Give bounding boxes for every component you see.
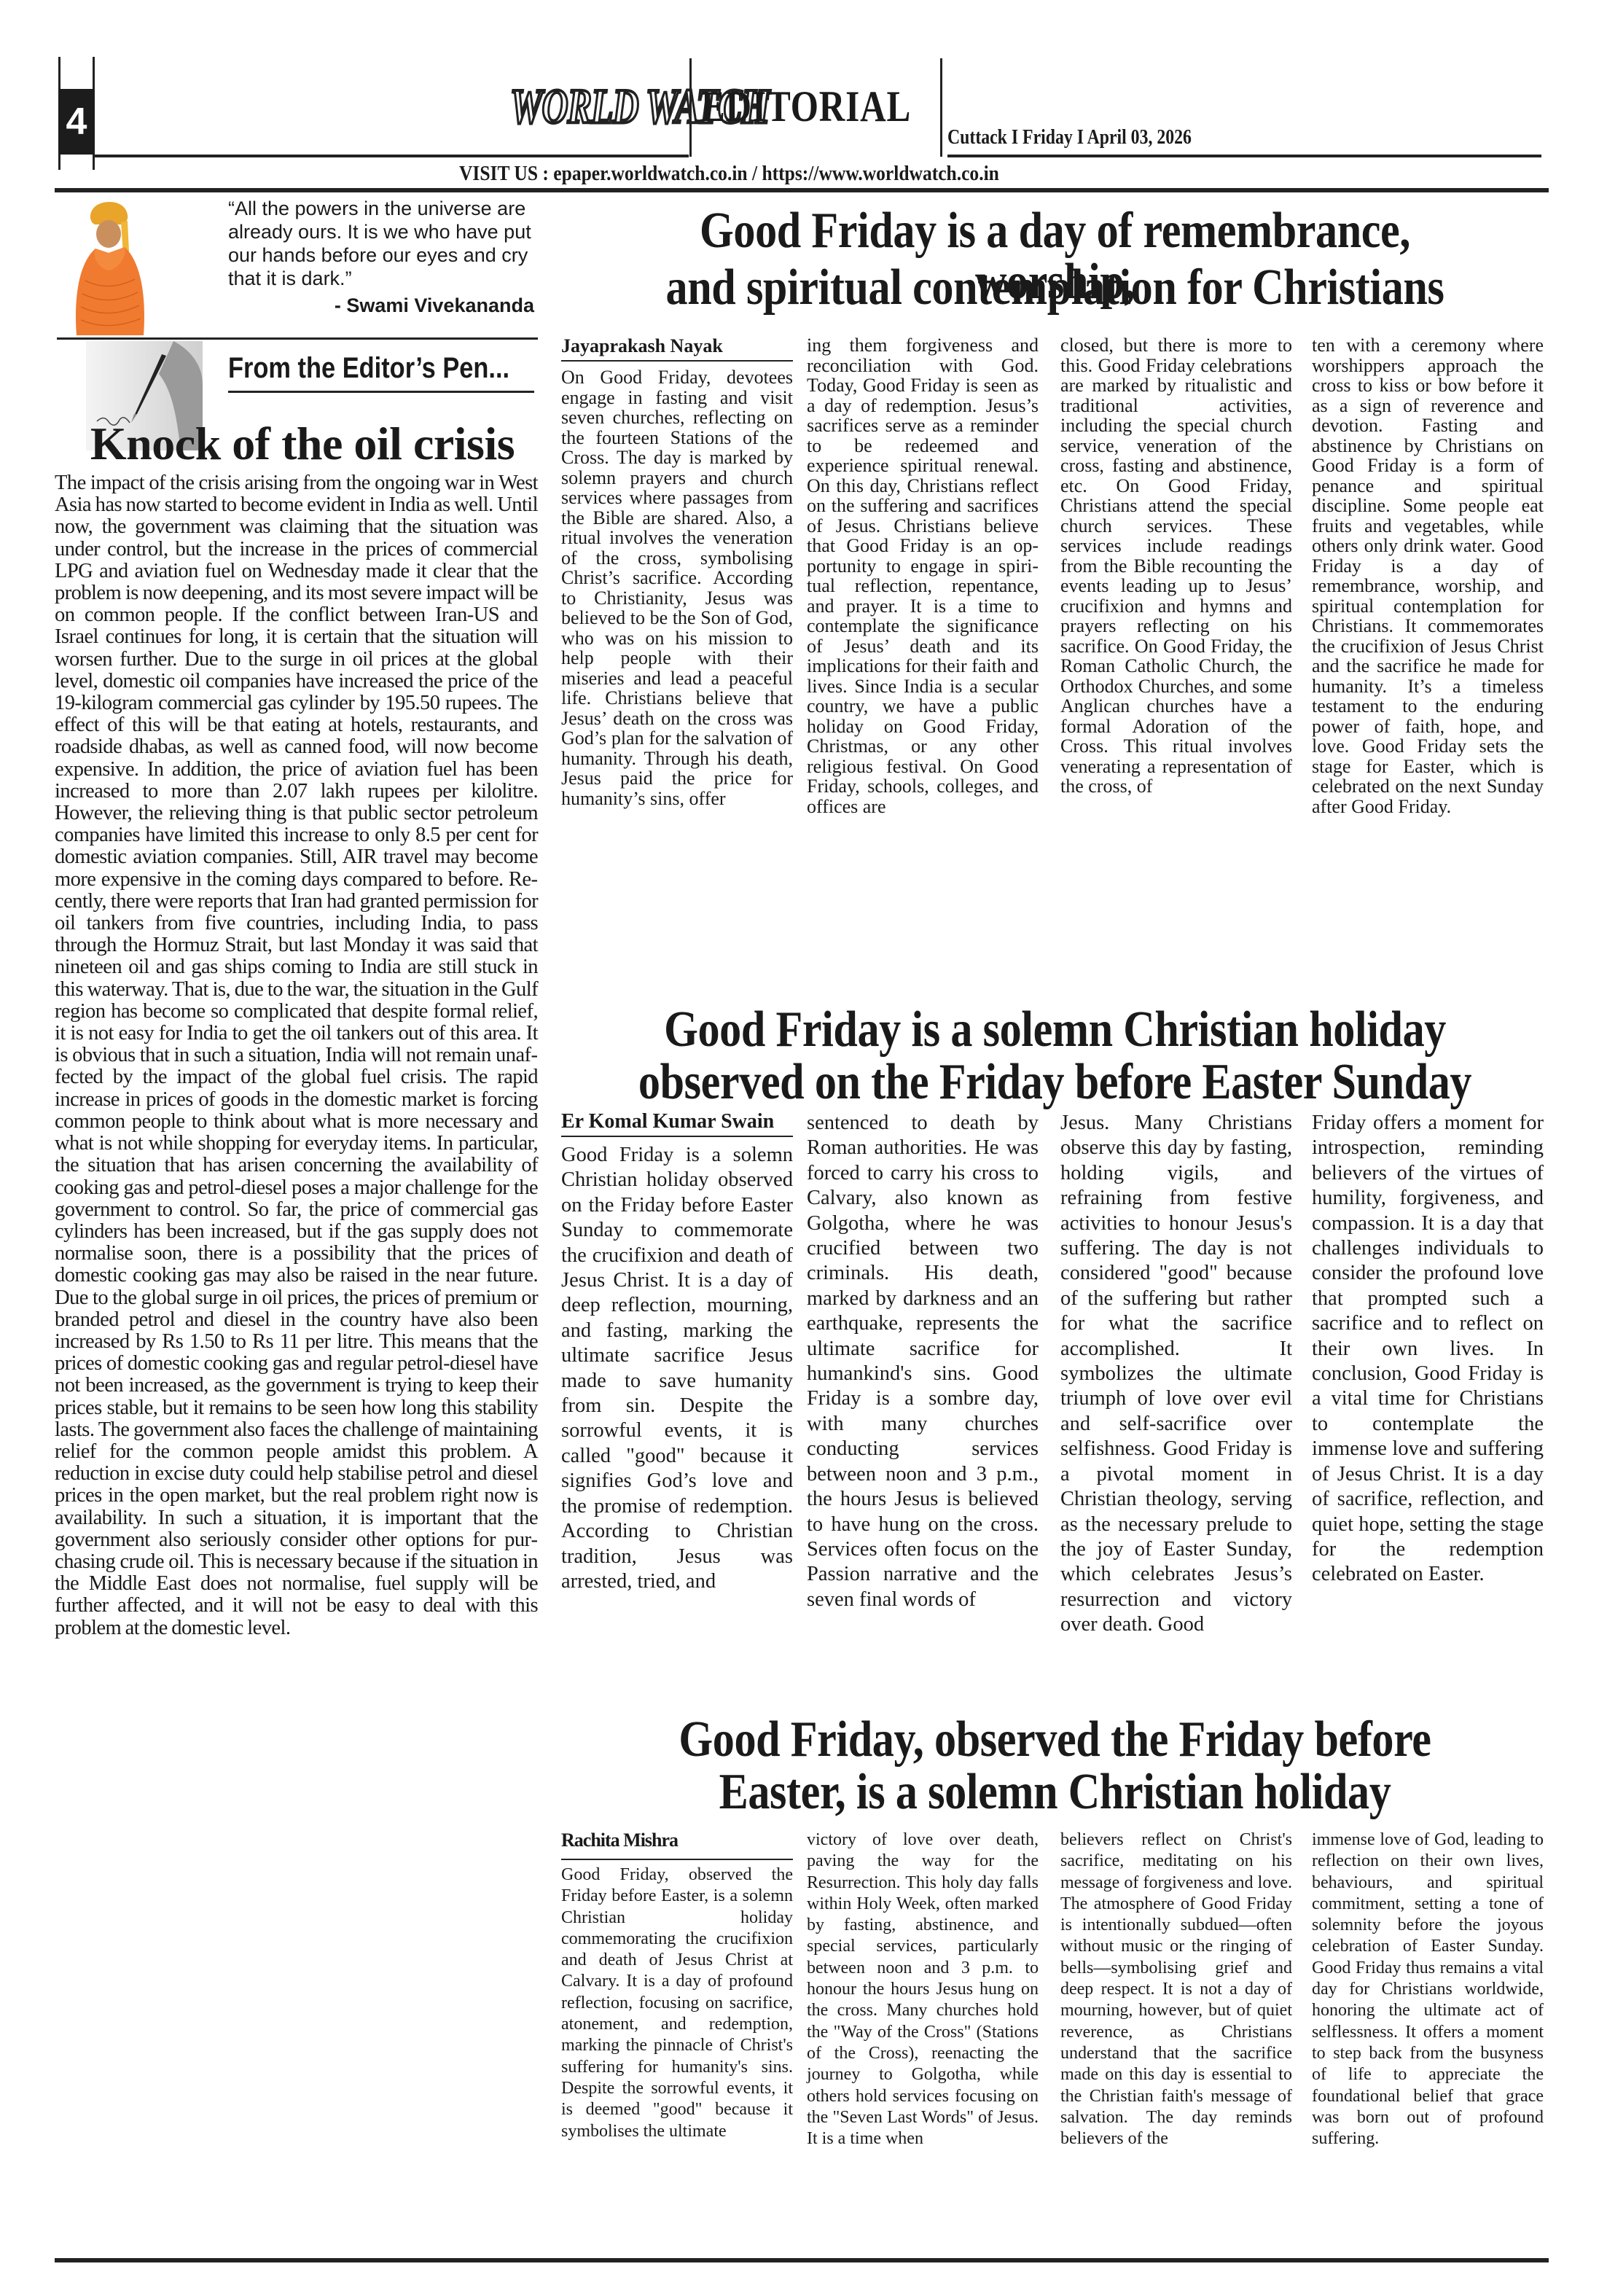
- footer-rule: [55, 2258, 1549, 2262]
- logo-divider: [689, 58, 692, 157]
- article-1-byline: Jayaprakash Nayak: [561, 335, 793, 362]
- article-2-byline: Er Komal Kumar Swain: [561, 1111, 793, 1137]
- logo-wordmark: World Watch: [510, 82, 689, 131]
- article-1-column-2: ing them forgiveness and reconciliation …: [807, 335, 1039, 816]
- article-3-headline-line-2: Easter, is a solemn Christian holiday: [627, 1767, 1483, 1818]
- article-2-column-3: Jesus. Many Christians observe this day …: [1060, 1111, 1292, 1638]
- article-2-headline-line-2: observed on the Friday before Easter Sun…: [627, 1057, 1483, 1108]
- editorial-body: The impact of the crisis arising from th…: [55, 472, 538, 1639]
- article-1-column-1: Jayaprakash Nayak On Good Friday, devote…: [561, 335, 793, 808]
- quote-bottom-rule: [57, 337, 538, 340]
- article-2-text-2: sentenced to death by Roman authorities.…: [807, 1111, 1039, 1612]
- editors-pen-label: From the Editor’s Pen...: [228, 351, 491, 385]
- article-2-headline-line-1: Good Friday is a solemn Christian holida…: [627, 1004, 1483, 1055]
- article-3-column-2: victory of love over death, paving the w…: [807, 1830, 1039, 2149]
- article-1-text-1: On Good Friday, devotees engage in fasti…: [561, 367, 793, 808]
- quote-text: “All the powers in the universe are alre…: [228, 197, 541, 290]
- dateline: Cuttack I Friday I April 03, 2026: [947, 125, 1192, 149]
- article-3-column-3: believers reflect on Christ's sacrifice,…: [1060, 1830, 1292, 2149]
- article-2-text-4: Friday offers a moment for introspection…: [1312, 1111, 1544, 1588]
- article-1-text-2: ing them forgiveness and reconciliation …: [807, 335, 1039, 816]
- article-3-byline: Rachita Mishra: [561, 1830, 793, 1860]
- article-1-text-3: closed, but there is more to this. Good …: [1060, 335, 1292, 797]
- header-rule-left: [95, 155, 689, 157]
- article-2-column-1: Er Komal Kumar Swain Good Friday is a so…: [561, 1111, 793, 1594]
- article-1-headline-line-2: and spiritual contemplation for Christia…: [627, 262, 1483, 313]
- article-1-column-3: closed, but there is more to this. Good …: [1060, 335, 1292, 797]
- article-2-text-1: Good Friday is a solemn Christian holida…: [561, 1143, 793, 1594]
- article-3-text-4: immense love of God, leading to reflecti…: [1312, 1830, 1544, 2149]
- page-number: 4: [58, 89, 95, 155]
- article-3-text-3: believers reflect on Christ's sacrifice,…: [1060, 1830, 1292, 2149]
- article-1-column-4: ten with a ceremony where worshippers ap…: [1312, 335, 1544, 816]
- editors-pen-underline: [228, 391, 534, 393]
- article-2-column-2: sentenced to death by Roman authorities.…: [807, 1111, 1039, 1612]
- article-3-text-1: Good Friday, observed the Friday before …: [561, 1864, 793, 2142]
- article-3-text-2: victory of love over death, paving the w…: [807, 1830, 1039, 2149]
- header-rule-right: [947, 155, 1541, 157]
- article-3-headline-line-1: Good Friday, observed the Friday before: [627, 1714, 1483, 1765]
- article-3-column-1: Rachita Mishra Good Friday, observed the…: [561, 1830, 793, 2142]
- section-title: EDITORIAL: [701, 82, 911, 132]
- visit-links[interactable]: VISIT US : epaper.worldwatch.co.in / htt…: [459, 162, 999, 186]
- article-3-column-4: immense love of God, leading to reflecti…: [1312, 1830, 1544, 2149]
- vivekananda-portrait-image: [69, 200, 149, 335]
- article-1-text-4: ten with a ceremony where worshippers ap…: [1312, 335, 1544, 816]
- quote-author: - Swami Vivekananda: [228, 294, 534, 317]
- article-2-text-3: Jesus. Many Christians observe this day …: [1060, 1111, 1292, 1638]
- newspaper-logo[interactable]: World Watch: [510, 82, 689, 155]
- section-divider: [940, 58, 942, 157]
- header-bottom-rule: [55, 188, 1549, 192]
- editorial-headline: Knock of the oil crisis: [66, 417, 539, 471]
- article-2-column-4: Friday offers a moment for introspection…: [1312, 1111, 1544, 1588]
